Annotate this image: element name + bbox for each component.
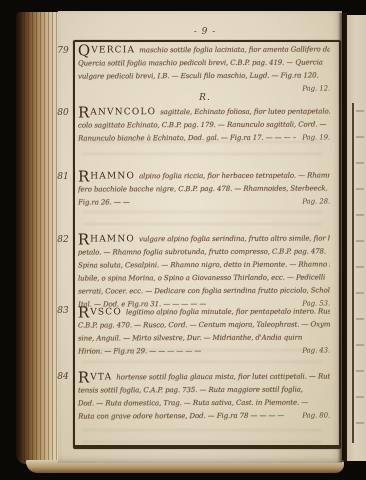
entry-line: vulgare pedicoli brevi, I.B. — Esculi fi…: [78, 69, 330, 83]
entry-number: 81: [52, 172, 74, 182]
drop-cap: Q: [78, 43, 90, 57]
entry-headword: VERCIA: [91, 45, 135, 55]
entry-number: 79: [52, 46, 74, 56]
entry-line: legitimo alpino foglia minutale, fior pe…: [126, 307, 330, 316]
next-page-sliver: [347, 15, 366, 461]
entry-line: lubile, o spina Morina, o Spino a Giovan…: [78, 271, 330, 285]
manuscript-page: - 9 - 79 80 81 82 83 84 QVERCIAmaschio s…: [58, 11, 342, 463]
index-entry-ranuncolo: RANVNCOLOsagittale, Echinato foliosa, fi…: [78, 105, 330, 145]
index-entry-quercia: QVERCIAmaschio sottile foglia laciniata,…: [78, 43, 330, 96]
page-gutter-shadow: [338, 13, 347, 462]
drop-cap: R: [78, 305, 89, 319]
index-entry-ruta: RVTAhortense sottil foglia glauca mista,…: [78, 370, 330, 423]
ink-bleedthrough: [82, 211, 322, 233]
book-photograph: - 9 - 79 80 81 82 83 84 QVERCIAmaschio s…: [0, 0, 366, 480]
index-entry-rhamno-2: RHAMNOvulgare alpino foglia serindina, f…: [78, 232, 330, 311]
entry-headword: VSCO: [90, 307, 122, 317]
entry-line: sine, Anguil. — Mirto silvestre, Dur. — …: [78, 331, 330, 345]
entry-line: Ranunculo bianche à Echinato, Dod. gal. …: [78, 132, 296, 146]
folio-number: - 9 -: [73, 27, 337, 37]
entry-line: Ruta con grave odore hortense, Dod. — Fi…: [78, 410, 284, 424]
next-page-frame-line: [352, 103, 354, 443]
entry-headword: VTA: [90, 372, 112, 382]
drop-cap: R: [78, 169, 89, 183]
entry-line: Dod. — Ruta domestica, Trag. — Ruta sati…: [78, 396, 330, 410]
drop-cap: R: [78, 370, 89, 384]
entry-line: vulgare alpino foglia serindina, frutto …: [139, 234, 330, 243]
entry-number: 82: [52, 235, 74, 245]
index-entry-rhamno-1: RHAMNOalpino foglia riccia, fior herbace…: [78, 169, 330, 209]
entry-line: petalo. — Rhamno foglia subrotunda, frut…: [78, 245, 330, 259]
entry-line: serrati, Cocer. ecc. — Dedicare con fogl…: [78, 284, 330, 298]
entry-line: sagittale, Echinato foliosa, fior luteo …: [160, 107, 330, 116]
entry-headword: HAMNO: [90, 171, 135, 181]
entry-line: Fig.ra 26. — —: [78, 196, 130, 209]
entry-line: C.B.P. pag. 470. — Rusco, Cord. — Centum…: [78, 318, 330, 332]
entry-line: tensis sottil foglia, C.A.P. pag. 735. —…: [78, 383, 330, 397]
page-reference: Pag. 80.: [302, 409, 330, 422]
entry-headword: ANVNCOLO: [90, 107, 156, 117]
page-reference: Pag. 19.: [302, 131, 330, 144]
entry-number: 80: [52, 108, 74, 118]
entry-line: Hirion. — Fig.ra 29. — — — — — —: [78, 345, 201, 359]
entry-headword: HAMNO: [90, 234, 135, 244]
drop-cap: R: [78, 232, 89, 246]
entry-line: alpino foglia riccia, fior herbaceo tetr…: [139, 171, 330, 180]
page-reference: Pag. 28.: [302, 195, 330, 208]
next-page-text-marks: [356, 110, 364, 430]
page-reference: Pag. 43.: [302, 344, 330, 357]
entry-line: hortense sottil foglia glauca mista, fio…: [116, 372, 330, 381]
entry-number: 83: [52, 306, 74, 316]
section-letter: R.: [73, 93, 337, 103]
entry-line: colo sagittato Echinato, C.B.P. pag. 179…: [78, 118, 330, 132]
entry-line: fero bacchiole bacche nigre, C.B.P. pag.…: [78, 182, 330, 196]
entry-line: Quercia sottil foglia maschio pedicoli b…: [78, 56, 330, 70]
entry-line: Spina soluta, Cesalpini. — Rhamno nigro,…: [78, 258, 330, 272]
index-entry-rusco: RVSCOlegitimo alpino foglia minutale, fi…: [78, 305, 330, 358]
entry-number: 84: [52, 372, 74, 382]
drop-cap: R: [78, 105, 89, 119]
entry-line: maschio sottile foglia laciniata, fior a…: [139, 45, 330, 54]
ink-bleedthrough: [82, 429, 322, 451]
